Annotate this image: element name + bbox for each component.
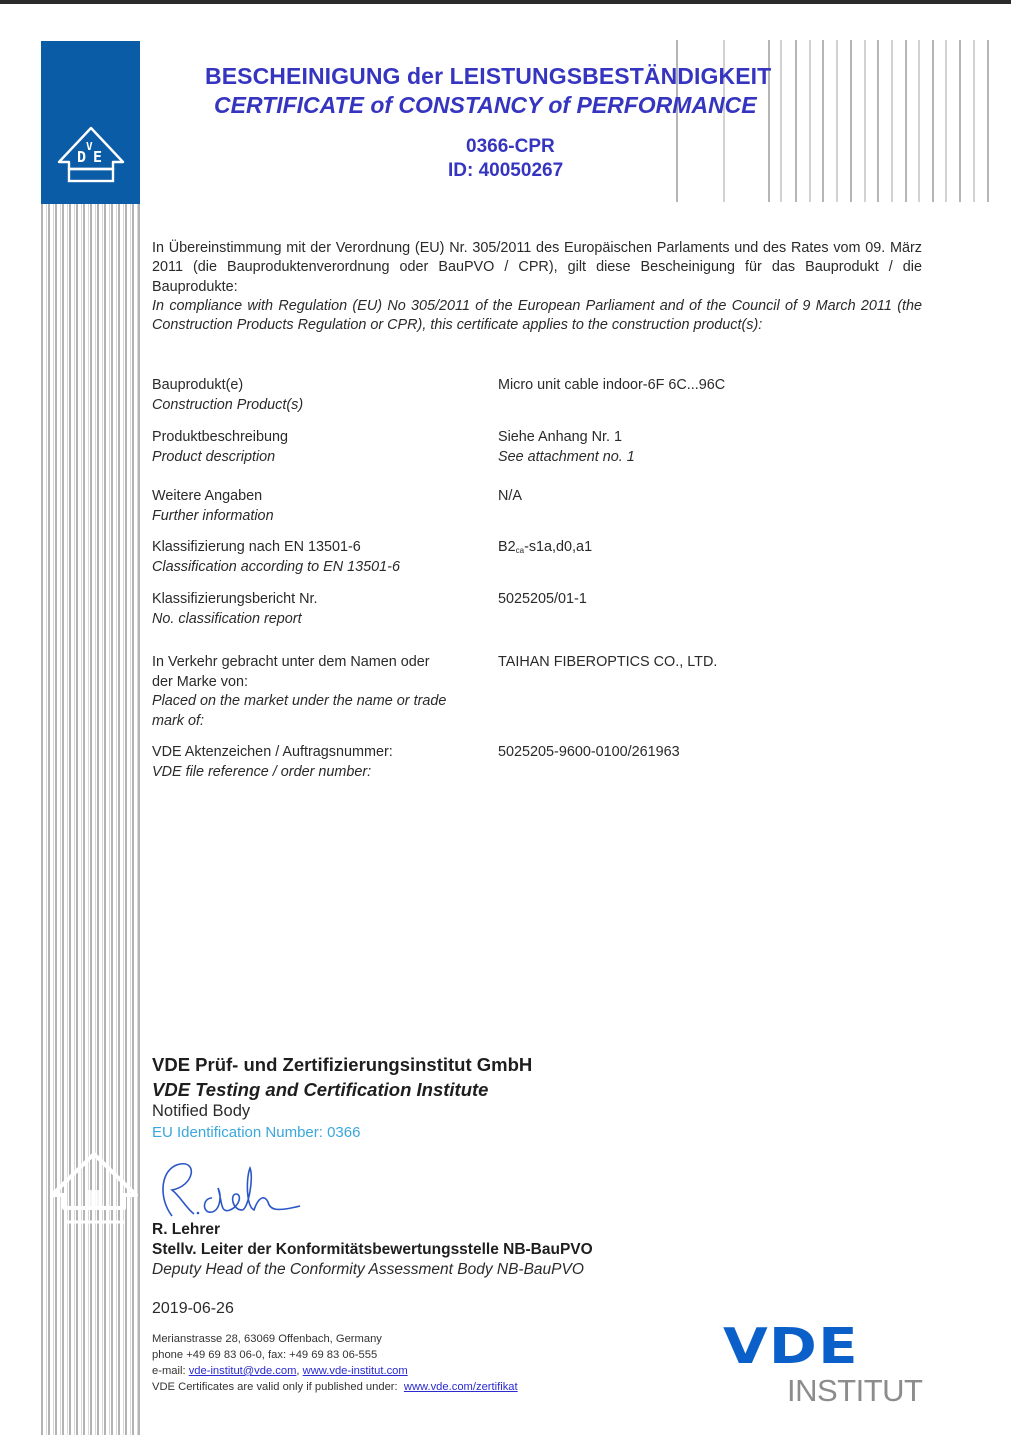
- field-label-de: Produktbeschreibung: [152, 428, 482, 448]
- vde-wordmark-logo: VDE: [723, 1318, 859, 1375]
- field-value: N/A: [498, 487, 918, 507]
- stripe-line: [795, 40, 797, 202]
- field-label-en: Placed on the market under the name or t…: [152, 692, 452, 731]
- field-label-en: Classification according to EN 13501-6: [152, 558, 482, 578]
- phone-fax: phone +49 69 83 06-0, fax: +49 69 83 06-…: [152, 1347, 518, 1363]
- field-label-en: VDE file reference / order number:: [152, 763, 482, 783]
- certificate-title-german: BESCHEINIGUNG der LEISTUNGSBESTÄNDIGKEIT: [205, 63, 771, 90]
- field-value-en: See attachment no. 1: [498, 448, 918, 468]
- stripe-line: [836, 40, 838, 202]
- field-value-de: Siehe Anhang Nr. 1: [498, 428, 918, 448]
- svg-text:V: V: [86, 140, 93, 153]
- stripe-line: [780, 40, 782, 202]
- field-label-en: Product description: [152, 448, 482, 468]
- website-link[interactable]: www.vde-institut.com: [303, 1365, 408, 1377]
- field-value: 5025205-9600-0100/261963: [498, 743, 918, 763]
- field-label-de: Weitere Angaben: [152, 487, 482, 507]
- contact-block: Merianstrasse 28, 63069 Offenbach, Germa…: [152, 1331, 518, 1395]
- stripe-line: [905, 40, 907, 202]
- stripe-line: [850, 40, 852, 202]
- field-label-en: Construction Product(s): [152, 396, 482, 416]
- field-label-de: Bauprodukt(e): [152, 376, 482, 396]
- field-value: 5025205/01-1: [498, 590, 918, 610]
- intro-paragraph: In Übereinstimmung mit der Verordnung (E…: [152, 239, 922, 335]
- email-line: e-mail: vde-institut@vde.com, www.vde-in…: [152, 1363, 518, 1379]
- signature-icon: [150, 1158, 310, 1222]
- vde-triangle-logo-icon: D V E: [55, 125, 127, 187]
- field-label-de: In Verkehr gebracht unter dem Namen oder…: [152, 653, 452, 692]
- stripe-line: [987, 40, 989, 202]
- stripe-line: [877, 40, 879, 202]
- stripe-line: [959, 40, 961, 202]
- issue-date: 2019-06-26: [152, 1300, 234, 1318]
- vde-institut-subtitle: INSTITUT: [787, 1373, 923, 1409]
- signatory-name: R. Lehrer: [152, 1221, 220, 1239]
- validity-line: VDE Certificates are valid only if publi…: [152, 1379, 518, 1395]
- viewer-top-bar: [0, 0, 1011, 4]
- stripe-line: [945, 40, 947, 202]
- certificate-registry-link[interactable]: www.vde.com/zertifikat: [404, 1381, 518, 1393]
- address: Merianstrasse 28, 63069 Offenbach, Germa…: [152, 1331, 518, 1347]
- field-label-en: Further information: [152, 507, 482, 527]
- svg-text:E: E: [93, 148, 102, 166]
- classification-value: B2ca-s1a,d0,a1: [498, 538, 918, 561]
- certificate-number: 0366-CPR: [466, 136, 555, 158]
- field-label-de: Klassifizierungsbericht Nr.: [152, 590, 482, 610]
- stripe-line: [918, 40, 920, 202]
- left-stripe-decoration: [41, 204, 140, 1435]
- signatory-title-english: Deputy Head of the Conformity Assessment…: [152, 1261, 584, 1279]
- vde-watermark-logo-icon: [48, 1150, 140, 1240]
- institute-name-english: VDE Testing and Certification Institute: [152, 1079, 488, 1101]
- stripe-line: [822, 40, 824, 202]
- intro-german: In Übereinstimmung mit der Verordnung (E…: [152, 239, 922, 297]
- classification-subscript: ca: [516, 546, 524, 555]
- notified-body-label: Notified Body: [152, 1102, 250, 1121]
- field-value: Micro unit cable indoor-6F 6C...96C: [498, 376, 918, 396]
- field-value: TAIHAN FIBEROPTICS CO., LTD.: [498, 653, 918, 673]
- stripe-line: [864, 40, 866, 202]
- field-label-en: No. classification report: [152, 610, 482, 630]
- eu-identification-number: EU Identification Number: 0366: [152, 1124, 360, 1141]
- svg-text:D: D: [77, 148, 86, 166]
- email-link[interactable]: vde-institut@vde.com: [189, 1365, 297, 1377]
- institute-name-german: VDE Prüf- und Zertifizierungsinstitut Gm…: [152, 1054, 532, 1076]
- stripe-line: [809, 40, 811, 202]
- stripe-line: [973, 40, 975, 202]
- field-label-de: VDE Aktenzeichen / Auftragsnummer:: [152, 743, 482, 763]
- signatory-title-german: Stellv. Leiter der Konformitätsbewertung…: [152, 1241, 593, 1259]
- certificate-id: ID: 40050267: [448, 160, 563, 182]
- stripe-line: [932, 40, 934, 202]
- certificate-title-english: CERTIFICATE of CONSTANCY of PERFORMANCE: [214, 92, 757, 119]
- stripe-line: [891, 40, 893, 202]
- field-label-de: Klassifizierung nach EN 13501-6: [152, 538, 482, 558]
- intro-english: In compliance with Regulation (EU) No 30…: [152, 297, 922, 336]
